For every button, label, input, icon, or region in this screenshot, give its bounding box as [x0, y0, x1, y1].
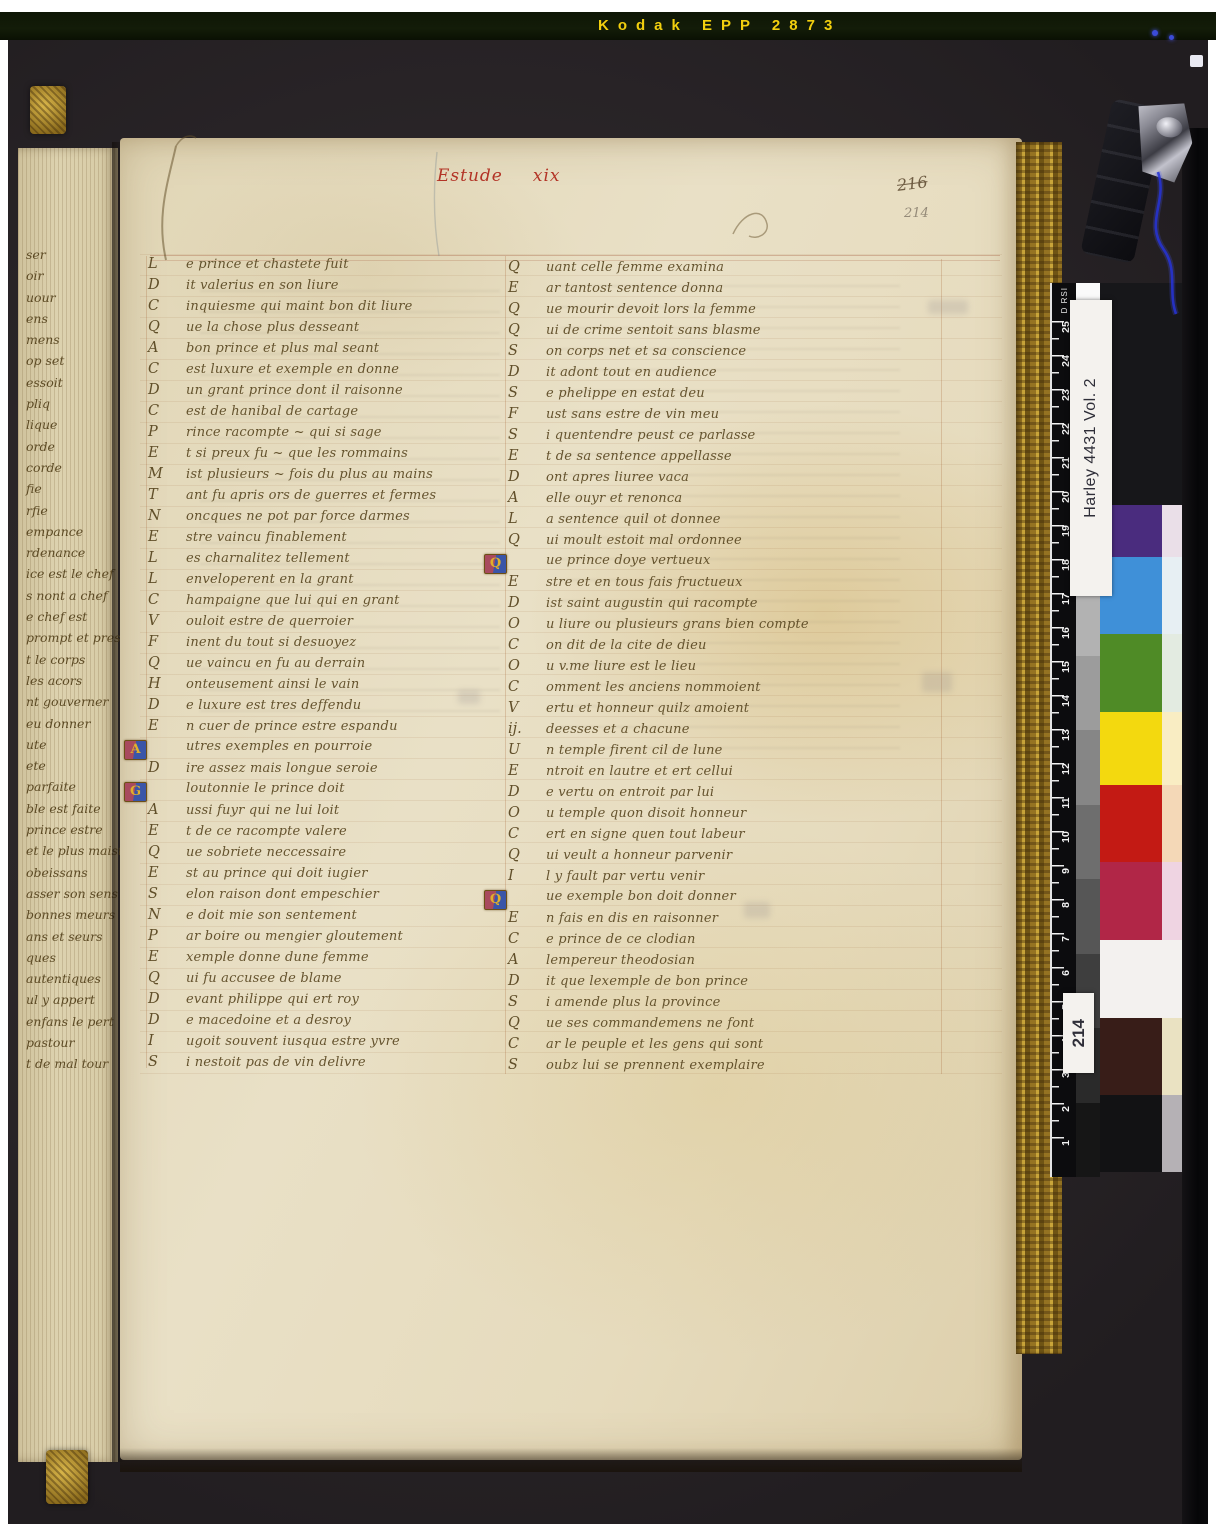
verse-initial: S — [148, 1054, 186, 1070]
verse-line: Se phelippe en estat deu — [508, 385, 928, 406]
verse-line: Soubz lui se prennent exemplaire — [508, 1057, 928, 1078]
verse-text: e prince et chastete fuit — [186, 257, 349, 272]
verse-line: Et de sa sentence appellasse — [508, 448, 928, 469]
ruler-number: 12 — [1060, 760, 1074, 778]
verse-line: ij.deesses et a chacune — [508, 721, 928, 742]
verse-line: Par boire ou mengier gloutement — [148, 928, 518, 949]
verse-line: Prince racompte ~ qui si sage — [148, 424, 518, 445]
verse-initial: D — [508, 595, 546, 611]
verse-initial: D — [148, 382, 186, 398]
verse-initial: C — [508, 826, 546, 842]
ruler-number: 1 — [1060, 1134, 1074, 1152]
verse-line: Vouloit estre de querroier — [148, 613, 518, 634]
verse-text: e luxure est tres deffendu — [186, 698, 361, 713]
fragment-line: les acors — [26, 670, 118, 691]
fragment-line: mens — [26, 329, 118, 350]
verse-line: Ou temple quon disoit honneur — [508, 805, 928, 826]
verse-text: n fais en dis en raisonner — [546, 911, 718, 926]
verse-line: Aussi fuyr qui ne lui loit — [148, 802, 518, 823]
fragment-line: et le plus maistre — [26, 840, 118, 861]
verse-initial: A — [508, 952, 546, 968]
gilded-corner-bottom-left — [46, 1450, 88, 1504]
color-patch — [1100, 1018, 1162, 1095]
ruler-number: 7 — [1060, 930, 1074, 948]
ruler-number: 14 — [1060, 692, 1074, 710]
ruler-number: 16 — [1060, 624, 1074, 642]
verse-initial: Q — [148, 844, 186, 860]
verse-initial: L — [148, 571, 186, 587]
film-label: Kodak EPP 2873 — [598, 17, 841, 34]
verse-text: ue sobriete neccessaire — [186, 845, 346, 860]
verse-line: De macedoine et a desroy — [148, 1012, 518, 1033]
fragment-line: prompt et prest — [26, 627, 118, 648]
verse-line: Qui moult estoit mal ordonnee — [508, 532, 928, 553]
verse-initial: S — [508, 427, 546, 443]
verse-initial: U — [508, 742, 546, 758]
verse-text: elle ouyr et renonca — [546, 491, 682, 506]
tint-patch — [1162, 1018, 1182, 1095]
verse-initial: D — [148, 1012, 186, 1028]
verse-text: elon raison dont empeschier — [186, 887, 379, 902]
blue-glint — [1169, 35, 1174, 40]
verse-initial: C — [148, 298, 186, 314]
verse-initial: P — [148, 424, 186, 440]
verse-text: bon prince et plus mal seant — [186, 341, 379, 356]
fragment-line: ete — [26, 755, 118, 776]
verse-initial: C — [148, 403, 186, 419]
verse-line: Dit adont tout en audience — [508, 364, 928, 385]
verse-initial: Q — [148, 970, 186, 986]
tint-patches — [1162, 283, 1182, 1172]
verse-line: La sentence quil ot donnee — [508, 511, 928, 532]
verse-text: ussi fuyr qui ne lui loit — [186, 803, 339, 818]
fragment-line: uour — [26, 287, 118, 308]
verse-initial: C — [148, 361, 186, 377]
verse-line: Qui veult a honneur parvenir — [508, 847, 928, 868]
fragment-line: ute — [26, 734, 118, 755]
verse-line: Ou liure ou plusieurs grans bien compte — [508, 616, 928, 637]
verse-line: Ne doit mie son sentement — [148, 907, 518, 928]
verse-line: Que la chose plus desseant — [148, 319, 518, 340]
verse-text: t de sa sentence appellasse — [546, 449, 732, 464]
fragment-line: ques — [26, 947, 118, 968]
verse-initial: D — [508, 973, 546, 989]
verse-text: utres exemples en pourroie — [186, 739, 372, 754]
verse-line: Estre vaincu finablement — [148, 529, 518, 550]
fragment-line: ice est le chef — [26, 563, 118, 584]
verse-initial: Q — [508, 259, 546, 275]
tint-patch — [1162, 283, 1182, 505]
verse-initial: D — [148, 991, 186, 1007]
folio-number-ink: 216 — [896, 172, 929, 195]
tint-patch — [1162, 634, 1182, 712]
verse-text: ui fu accusee de blame — [186, 971, 342, 986]
verse-text: it valerius en son liure — [186, 278, 339, 293]
verse-text: stre vaincu finablement — [186, 530, 347, 545]
verse-initial: E — [148, 718, 186, 734]
verse-line: En cuer de prince estre espandu — [148, 718, 518, 739]
verse-line: Con dit de la cite de dieu — [508, 637, 928, 658]
fragment-line: bonnes meurs — [26, 904, 118, 925]
fragment-line: rfie — [26, 500, 118, 521]
verse-text: oncques ne pot par force darmes — [186, 509, 410, 524]
verse-text: est luxure et exemple en donne — [186, 362, 399, 377]
verse-line: Mist plusieurs ~ fois du plus au mains — [148, 466, 518, 487]
color-patch — [1100, 634, 1162, 712]
verse-line: Alempereur theodosian — [508, 952, 928, 973]
verse-line: Honteusement ainsi le vain — [148, 676, 518, 697]
verse-text: inent du tout si desuoyez — [186, 635, 356, 650]
verse-line: Si quentendre peust ce parlasse — [508, 427, 928, 448]
verse-text: it adont tout en audience — [546, 365, 717, 380]
fragment-line: parfaite — [26, 776, 118, 797]
running-title-word: Estude — [437, 166, 503, 186]
verse-text: ui de crime sentoit sans blasme — [546, 323, 761, 338]
verse-text: est de hanibal de cartage — [186, 404, 358, 419]
ruler-number: 6 — [1060, 964, 1074, 982]
illuminated-initial: Q — [484, 554, 507, 574]
color-patch — [1100, 712, 1162, 785]
fragment-line: s nont a chef — [26, 585, 118, 606]
verse-initial: C — [508, 679, 546, 695]
ruler-brand-label: D RSI — [1060, 287, 1069, 313]
verse-line: Et de ce racompte valere — [148, 823, 518, 844]
verse-line: En fais en dis en raisonner — [508, 910, 928, 931]
shelfmark-label: Harley 4431 Vol. 2 — [1070, 300, 1112, 596]
fragment-line: autentiques — [26, 968, 118, 989]
verse-initial: D — [508, 364, 546, 380]
verse-text: ui moult estoit mal ordonnee — [546, 533, 742, 548]
verse-text: i amende plus la province — [546, 995, 721, 1010]
verse-line: Comment les anciens nommoient — [508, 679, 928, 700]
white-notch — [1190, 55, 1203, 67]
color-patch — [1100, 862, 1162, 940]
ruler-number: 9 — [1060, 862, 1074, 880]
verse-initial: A — [148, 340, 186, 356]
copyboard-edge — [1182, 128, 1208, 1524]
verse-text: stre et en tous fais fructueux — [546, 575, 743, 590]
gilded-corner-top-left — [30, 86, 66, 134]
verse-initial: O — [508, 658, 546, 674]
fragment-line: rdenance — [26, 542, 118, 563]
verse-initial: E — [508, 280, 546, 296]
verse-line: De vertu on entroit par lui — [508, 784, 928, 805]
verse-text: ire assez mais longue seroie — [186, 761, 378, 776]
illuminated-initial: Q — [484, 890, 507, 910]
verse-text: ue prince doye vertueux — [546, 553, 711, 568]
fragment-line: empance — [26, 521, 118, 542]
verse-text: ist saint augustin qui racompte — [546, 596, 758, 611]
verse-line: Qui de crime sentoit sans blasme — [508, 322, 928, 343]
tint-patch — [1162, 712, 1182, 785]
verse-initial: Q — [508, 301, 546, 317]
verse-line: Dit que lexemple de bon prince — [508, 973, 928, 994]
color-patch — [1100, 940, 1162, 1018]
verse-initial: F — [508, 406, 546, 422]
verse-line: Lenveloperent en la grant — [148, 571, 518, 592]
verse-text: i nestoit pas de vin delivre — [186, 1055, 366, 1070]
verse-line: Si nestoit pas de vin delivre — [148, 1054, 518, 1075]
ruler-number: 10 — [1060, 828, 1074, 846]
verse-text: enveloperent en la grant — [186, 572, 354, 587]
verse-text: e prince de ce clodian — [546, 932, 696, 947]
verse-line: Dont apres liuree vaca — [508, 469, 928, 490]
verse-text: on corps net et sa conscience — [546, 344, 746, 359]
verse-initial: ij. — [508, 721, 546, 737]
verse-line: Entroit en lautre et ert cellui — [508, 763, 928, 784]
verse-line: Cest de hanibal de cartage — [148, 403, 518, 424]
verse-line: Quant celle femme examina — [508, 259, 928, 280]
verse-line: Que sobriete neccessaire — [148, 844, 518, 865]
verse-line: Dist saint augustin qui racompte — [508, 595, 928, 616]
tint-patch — [1162, 785, 1182, 862]
verse-line: Aelle ouyr et renonca — [508, 490, 928, 511]
folio-label-text: 214 — [1069, 1019, 1089, 1047]
gray-step — [1076, 730, 1100, 805]
verse-text: ue exemple bon doit donner — [546, 889, 736, 904]
fragment-line: obeissans — [26, 862, 118, 883]
fragment-line: ble est faite — [26, 798, 118, 819]
verse-initial: S — [508, 1057, 546, 1073]
verse-text: ant fu apris ors de guerres et fermes — [186, 488, 436, 503]
vertical-ruling — [146, 256, 147, 1068]
verse-initial: L — [508, 511, 546, 527]
illuminated-initial: G — [124, 782, 147, 802]
verse-line: Les charnalitez tellement — [148, 550, 518, 571]
verse-initial: Q — [508, 1015, 546, 1031]
verse-text: ntroit en lautre et ert cellui — [546, 764, 733, 779]
verse-line: Selon raison dont empeschier — [148, 886, 518, 907]
verse-initial: S — [508, 994, 546, 1010]
verse-text: l y fault par vertu venir — [546, 869, 704, 884]
verse-line: Que exemple bon doit donner — [508, 889, 928, 910]
ruler-number: 8 — [1060, 896, 1074, 914]
verse-text: onteusement ainsi le vain — [186, 677, 359, 692]
verse-text: a sentence quil ot donnee — [546, 512, 721, 527]
ruler-number: 2 — [1060, 1100, 1074, 1118]
blue-glint — [1152, 30, 1158, 36]
verse-initial: F — [148, 634, 186, 650]
verse-initial: E — [508, 763, 546, 779]
verse-initial: E — [148, 445, 186, 461]
ruler-number: 15 — [1060, 658, 1074, 676]
verse-initial: D — [508, 784, 546, 800]
fragment-line: ens — [26, 308, 118, 329]
fragment-line: orde — [26, 436, 118, 457]
verse-text: evant philippe qui ert roy — [186, 992, 359, 1007]
verse-line: Dit valerius en son liure — [148, 277, 518, 298]
verse-line: Tant fu apris ors de guerres et fermes — [148, 487, 518, 508]
verse-initial: I — [508, 868, 546, 884]
verse-text: inquiesme qui maint bon dit liure — [186, 299, 413, 314]
verse-text: ar tantost sentence donna — [546, 281, 723, 296]
fragment-line: oir — [26, 265, 118, 286]
fragment-line: ans et seurs — [26, 926, 118, 947]
tint-patch — [1162, 505, 1182, 557]
verse-initial: E — [508, 910, 546, 926]
verse-text: u temple quon disoit honneur — [546, 806, 746, 821]
tint-patch — [1162, 557, 1182, 634]
verse-text: it que lexemple de bon prince — [546, 974, 748, 989]
verse-text: rince racompte ~ qui si sage — [186, 425, 382, 440]
verse-line: Cert en signe quen tout labeur — [508, 826, 928, 847]
verse-text: u v.me liure est le lieu — [546, 659, 696, 674]
fragment-line: eu donner — [26, 713, 118, 734]
verse-initial: D — [148, 760, 186, 776]
verse-line: Autres exemples en pourroie — [148, 739, 518, 760]
verse-line: Que ses commandemens ne font — [508, 1015, 928, 1036]
folio-label: 214 — [1063, 993, 1094, 1073]
verse-initial: V — [148, 613, 186, 629]
verse-initial: N — [148, 508, 186, 524]
ruler-number: 13 — [1060, 726, 1074, 744]
tint-patch — [1162, 940, 1182, 1018]
fragment-line: t de mal tour — [26, 1053, 118, 1074]
verse-line: Abon prince et plus mal seant — [148, 340, 518, 361]
verse-initial: E — [508, 574, 546, 590]
verse-initial: S — [508, 343, 546, 359]
fragment-line: pliq — [26, 393, 118, 414]
verse-text: ert en signe quen tout labeur — [546, 827, 745, 842]
illuminated-initial: A — [124, 740, 147, 760]
tint-patch — [1162, 1095, 1182, 1172]
verse-line: Un temple firent cil de lune — [508, 742, 928, 763]
facing-page-text-fragments: seroiruourensmensop setessoitpliqliqueor… — [26, 244, 118, 1075]
verse-text: xemple donne dune femme — [186, 950, 369, 965]
verse-line: Iugoit souvent iusqua estre yvre — [148, 1033, 518, 1054]
verse-column-left: Le prince et chastete fuitDit valerius e… — [148, 256, 518, 1075]
verse-line: Que vaincu en fu au derrain — [148, 655, 518, 676]
verse-line: Vertu et honneur quilz amoient — [508, 700, 928, 721]
fragment-line: lique — [26, 414, 118, 435]
verse-line: Dun grant prince dont il raisonne — [148, 382, 518, 403]
verse-text: deesses et a chacune — [546, 722, 690, 737]
tint-patch — [1162, 862, 1182, 940]
verse-initial: Q — [508, 322, 546, 338]
verse-text: loutonnie le prince doit — [186, 781, 345, 796]
verse-text: e vertu on entroit par lui — [546, 785, 714, 800]
fragment-line: nt gouverner — [26, 691, 118, 712]
verse-line: Il y fault par vertu venir — [508, 868, 928, 889]
verse-line: Et si preux fu ~ que les rommains — [148, 445, 518, 466]
color-patch — [1100, 785, 1162, 862]
verse-line: Devant philippe qui ert roy — [148, 991, 518, 1012]
verse-text: on dit de la cite de dieu — [546, 638, 707, 653]
verse-text: ist plusieurs ~ fois du plus au mains — [186, 467, 433, 482]
verse-text: t si preux fu ~ que les rommains — [186, 446, 408, 461]
verse-text: st au prince qui doit iugier — [186, 866, 368, 881]
verse-text: ue ses commandemens ne font — [546, 1016, 754, 1031]
verse-text: oubz lui se prennent exemplaire — [546, 1058, 765, 1073]
verse-text: n cuer de prince estre espandu — [186, 719, 398, 734]
verse-text: un grant prince dont il raisonne — [186, 383, 403, 398]
verse-initial: Q — [508, 532, 546, 548]
verse-line: Son corps net et sa conscience — [508, 343, 928, 364]
verse-initial: C — [148, 592, 186, 608]
verse-line: Que mourir devoit lors la femme — [508, 301, 928, 322]
fragment-line: e chef est — [26, 606, 118, 627]
verse-initial: O — [508, 616, 546, 632]
verse-initial: A — [508, 490, 546, 506]
verse-line: Fust sans estre de vin meu — [508, 406, 928, 427]
verse-initial: C — [508, 931, 546, 947]
verse-initial: D — [508, 469, 546, 485]
verse-line: Cinquiesme qui maint bon dit liure — [148, 298, 518, 319]
verse-line: De luxure est tres deffendu — [148, 697, 518, 718]
verse-text: ouloit estre de querroier — [186, 614, 353, 629]
shelfmark-text: Harley 4431 Vol. 2 — [1082, 378, 1100, 518]
verse-initial: P — [148, 928, 186, 944]
verse-line: Exemple donne dune femme — [148, 949, 518, 970]
verse-initial: A — [148, 802, 186, 818]
verse-text: omment les anciens nommoient — [546, 680, 761, 695]
verse-line: Champaigne que lui qui en grant — [148, 592, 518, 613]
fragment-line: enfans le pert — [26, 1011, 118, 1032]
verse-initial: V — [508, 700, 546, 716]
verse-text: ue la chose plus desseant — [186, 320, 359, 335]
verse-initial: Q — [148, 655, 186, 671]
verse-line: Si amende plus la province — [508, 994, 928, 1015]
verse-initial: C — [508, 637, 546, 653]
verse-initial: S — [148, 886, 186, 902]
verse-text: ar le peuple et les gens qui sont — [546, 1037, 763, 1052]
fragment-line: corde — [26, 457, 118, 478]
verse-text: ust sans estre de vin meu — [546, 407, 719, 422]
verse-line: Dire assez mais longue seroie — [148, 760, 518, 781]
gray-step — [1076, 656, 1100, 731]
verse-initial: M — [148, 466, 186, 482]
fragment-line: prince estre — [26, 819, 118, 840]
verse-text: ue mourir devoit lors la femme — [546, 302, 756, 317]
verse-initial: H — [148, 676, 186, 692]
verse-line: Cest luxure et exemple en donne — [148, 361, 518, 382]
verse-text: ue vaincu en fu au derrain — [186, 656, 365, 671]
running-title-numeral: xix — [533, 166, 561, 186]
ruler-number: 11 — [1060, 794, 1074, 812]
verse-text: lempereur theodosian — [546, 953, 695, 968]
verse-initial: O — [508, 805, 546, 821]
fragment-line: pastour — [26, 1032, 118, 1053]
verse-initial: E — [508, 448, 546, 464]
smudge — [928, 300, 968, 314]
fragment-line: asser son sens — [26, 883, 118, 904]
verse-line: Ou v.me liure est le lieu — [508, 658, 928, 679]
verse-text: n temple firent cil de lune — [546, 743, 723, 758]
verse-text: e macedoine et a desroy — [186, 1013, 351, 1028]
verse-initial: D — [148, 277, 186, 293]
fragment-line: essoit — [26, 372, 118, 393]
gray-step — [1076, 805, 1100, 880]
verse-text: i quentendre peust ce parlasse — [546, 428, 755, 443]
verse-initial: N — [148, 907, 186, 923]
vertical-ruling — [941, 259, 942, 1074]
fragment-line: op set — [26, 350, 118, 371]
verse-initial: E — [148, 529, 186, 545]
verse-line: Gloutonnie le prince doit — [148, 781, 518, 802]
color-patch — [1100, 1095, 1162, 1172]
verse-initial: T — [148, 487, 186, 503]
verse-initial: Q — [508, 847, 546, 863]
fragment-line: ser — [26, 244, 118, 265]
verse-initial: D — [148, 697, 186, 713]
verse-initial: E — [148, 823, 186, 839]
verse-initial: L — [148, 256, 186, 272]
verse-text: ont apres liuree vaca — [546, 470, 689, 485]
page-bottom-shadow — [120, 1448, 1022, 1472]
verse-initial: L — [148, 550, 186, 566]
verse-initial: Q — [148, 319, 186, 335]
verse-line: Le prince et chastete fuit — [148, 256, 518, 277]
